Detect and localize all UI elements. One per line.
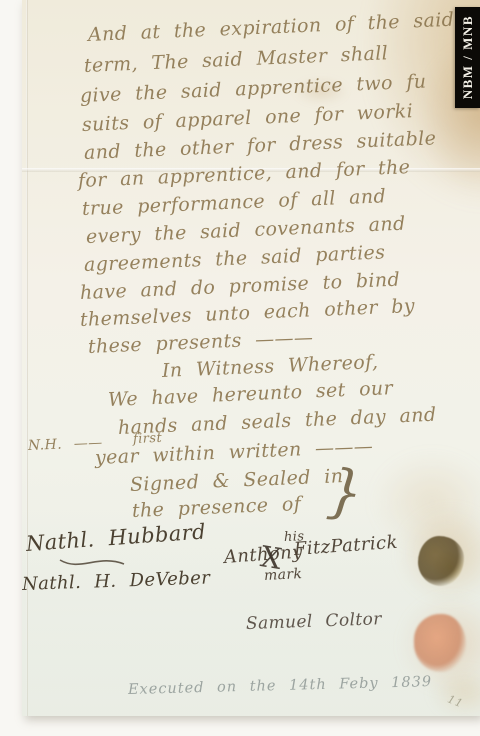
manuscript-line: these presents ——— — [88, 327, 314, 358]
manuscript-line: We have hereunto set our — [108, 377, 394, 411]
scanned-document: And at the expiration of the said term, … — [0, 0, 480, 736]
mark-label: mark — [264, 566, 303, 584]
archive-label-strip: NBM / MNB — [455, 7, 480, 108]
margin-note: N.H. —— — [28, 435, 103, 454]
manuscript-line: term, The said Master shall — [84, 42, 389, 77]
manuscript-line: And at the expiration of the said — [88, 9, 455, 46]
manuscript-line-signed-sealed: Signed & Sealed in — [130, 465, 344, 496]
manuscript-line: hands and seals the day and — [118, 404, 437, 439]
manuscript-line-witness-whereof: In Witness Whereof, — [162, 351, 379, 382]
archive-label-text: NBM / MNB — [460, 15, 476, 99]
manuscript-page: And at the expiration of the said term, … — [22, 0, 480, 716]
interlinear-insertion: first — [133, 431, 163, 447]
